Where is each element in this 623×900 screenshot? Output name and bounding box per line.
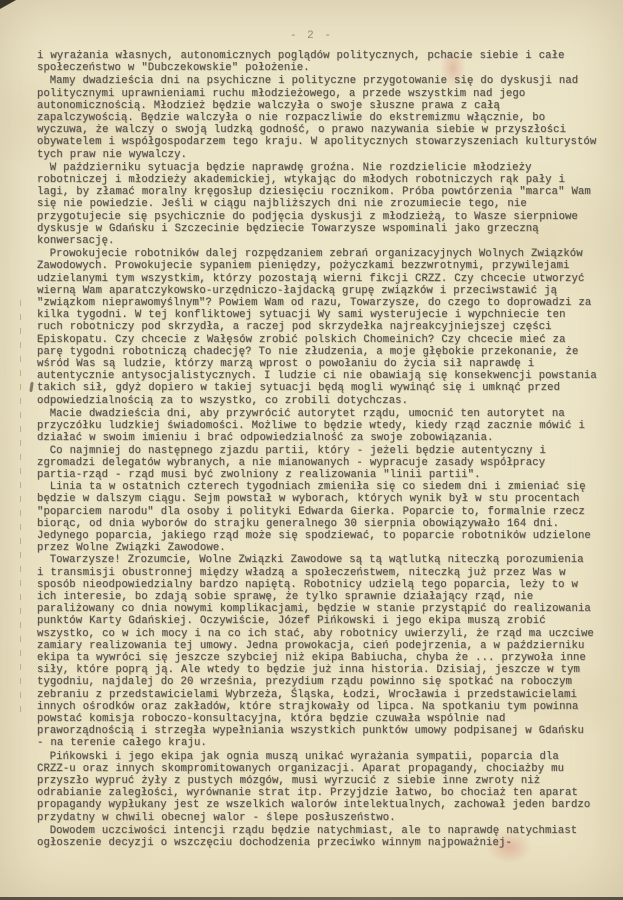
paragraph: W październiku sytuacja będzie naprawdę … (37, 162, 597, 247)
paragraph: Prowokujecie robotników dalej rozpędzani… (37, 248, 597, 407)
paragraph: i wyrażania własnych, autonomicznych pog… (37, 50, 597, 74)
handwritten-tick-mark (29, 382, 33, 392)
page-number: - 2 - (0, 30, 623, 42)
paragraph: Towarzysze! Zrozumcie, Wolne Związki Zaw… (37, 554, 597, 749)
paper-crease (20, 300, 21, 720)
paragraph: Mamy dwadzieścia dni na psychiczne i pol… (37, 75, 597, 160)
paragraph: Pińkowski i jego ekipa jak ognia muszą u… (37, 751, 597, 824)
typewritten-text-block: i wyrażania własnych, autonomicznych pog… (37, 50, 597, 849)
paragraph: Co najmniej do następnego zjazdu partii,… (37, 445, 597, 482)
paragraph: Linia ta w ostatnich czterech tygodniach… (37, 481, 597, 554)
paragraph: Macie dwadzieścia dni, aby przywrócić au… (37, 408, 597, 445)
scan-corner-artifact (0, 0, 16, 9)
paragraph: Dowodem uczciwości intencji rządu będzie… (37, 825, 597, 849)
scanned-document-page: - 2 - i wyrażania własnych, autonomiczny… (0, 0, 623, 900)
